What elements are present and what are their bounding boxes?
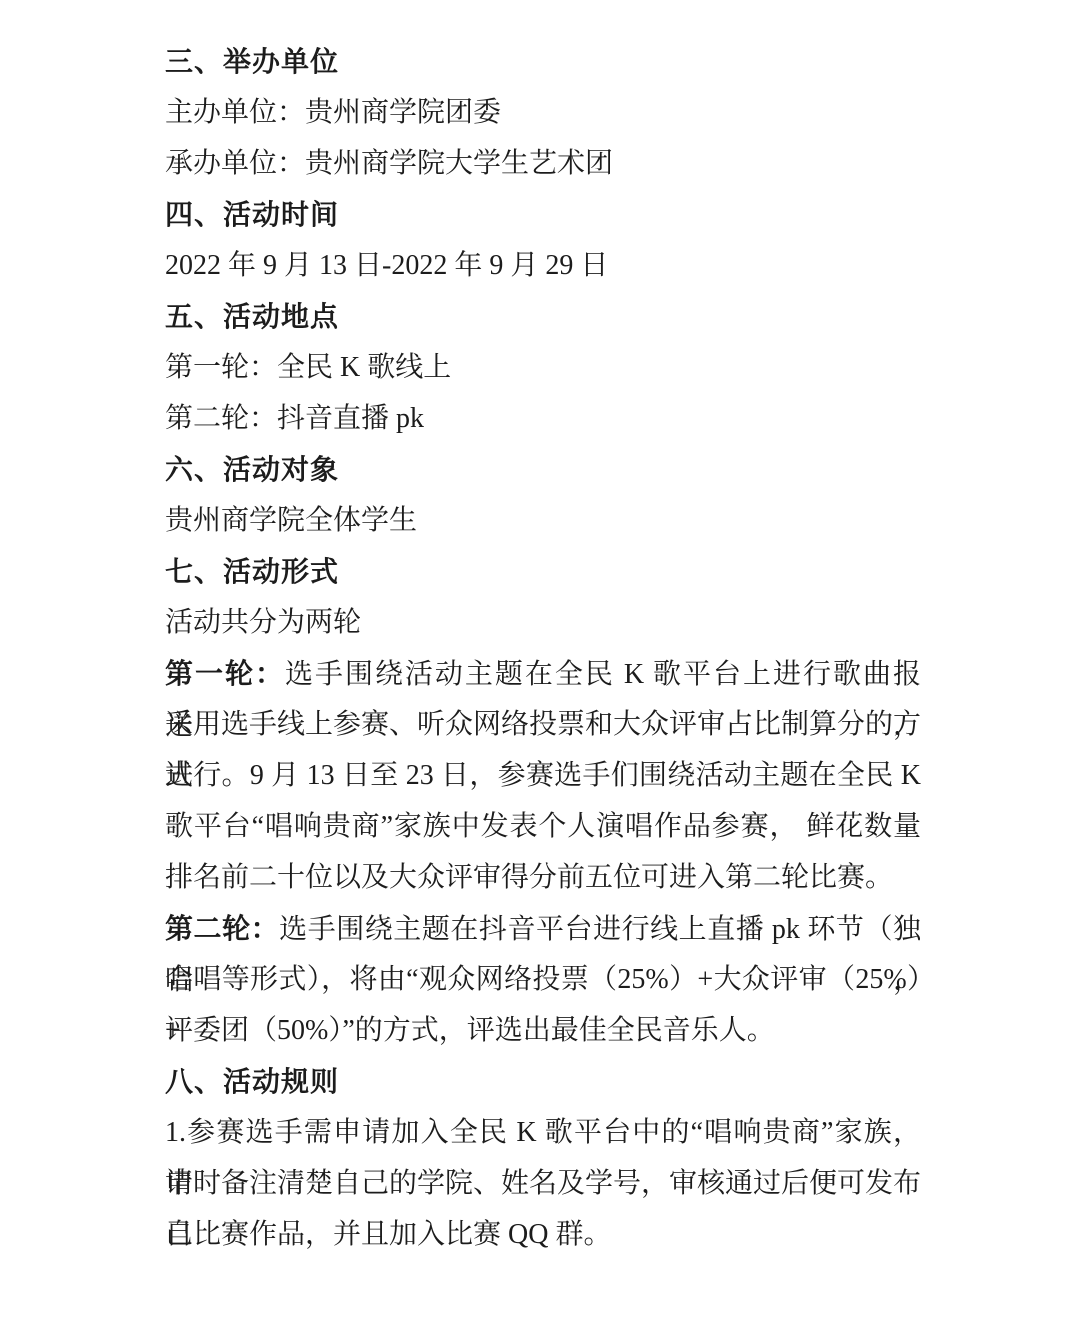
section-heading-time: 四、活动时间 — [165, 189, 921, 240]
section-heading-participants: 六、活动对象 — [165, 444, 921, 495]
paragraph-line-participants: 贵州商学院全体学生 — [165, 495, 921, 546]
paragraph-line-rule1-3: 己比赛作品，并且加入比赛 QQ 群。 — [165, 1209, 921, 1260]
paragraph-line-round2-desc-3: 评委团（50%）”的方式，评选出最佳全民音乐人。 — [165, 1005, 921, 1056]
section-heading-rules: 八、活动规则 — [165, 1056, 921, 1107]
paragraph-line-rule1-1: 1.参赛选手需申请加入全民 K 歌平台中的“唱响贵商”家族， 申 — [165, 1107, 921, 1158]
document-page: 三、举办单位 主办单位：贵州商学院团委 承办单位：贵州商学院大学生艺术团 四、活… — [0, 0, 1079, 1328]
section-heading-location: 五、活动地点 — [165, 291, 921, 342]
paragraph-line-round1-desc-5: 排名前二十位以及大众评审得分前五位可进入第二轮比赛。 — [165, 852, 921, 903]
paragraph-line-round1-desc-3: 进行。9 月 13 日至 23 日，参赛选手们围绕活动主题在全民 K — [165, 750, 921, 801]
paragraph-line-date-range: 2022 年 9 月 13 日-2022 年 9 月 29 日 — [165, 240, 921, 291]
paragraph-line-round2-desc-1: 第二轮：选手围绕主题在抖音平台进行线上直播 pk 环节（独唱， — [165, 903, 921, 954]
paragraph-line-round2-location: 第二轮：抖音直播 pk — [165, 393, 921, 444]
paragraph-line-rule1-2: 请时备注清楚自己的学院、姓名及学号，审核通过后便可发布自 — [165, 1158, 921, 1209]
round1-bold-label: 第一轮： — [165, 658, 285, 689]
section-heading-organizers: 三、举办单位 — [165, 36, 921, 87]
paragraph-line-two-rounds: 活动共分为两轮 — [165, 597, 921, 648]
paragraph-line-host-unit: 主办单位：贵州商学院团委 — [165, 87, 921, 138]
paragraph-line-round1-location: 第一轮：全民 K 歌线上 — [165, 342, 921, 393]
section-heading-format: 七、活动形式 — [165, 546, 921, 597]
paragraph-line-round2-desc-2: 合唱等形式），将由“观众网络投票（25%）+大众评审（25%）+ — [165, 954, 921, 1005]
paragraph-line-round1-desc-1: 第一轮：选手围绕活动主题在全民 K 歌平台上进行歌曲报送， — [165, 648, 921, 699]
round2-bold-label: 第二轮： — [165, 913, 279, 944]
paragraph-line-round1-desc-4: 歌平台“唱响贵商”家族中发表个人演唱作品参赛， 鲜花数量 — [165, 801, 921, 852]
paragraph-line-round1-desc-2: 采用选手线上参赛、听众网络投票和大众评审占比制算分的方式 — [165, 699, 921, 750]
paragraph-line-organizer-unit: 承办单位：贵州商学院大学生艺术团 — [165, 138, 921, 189]
